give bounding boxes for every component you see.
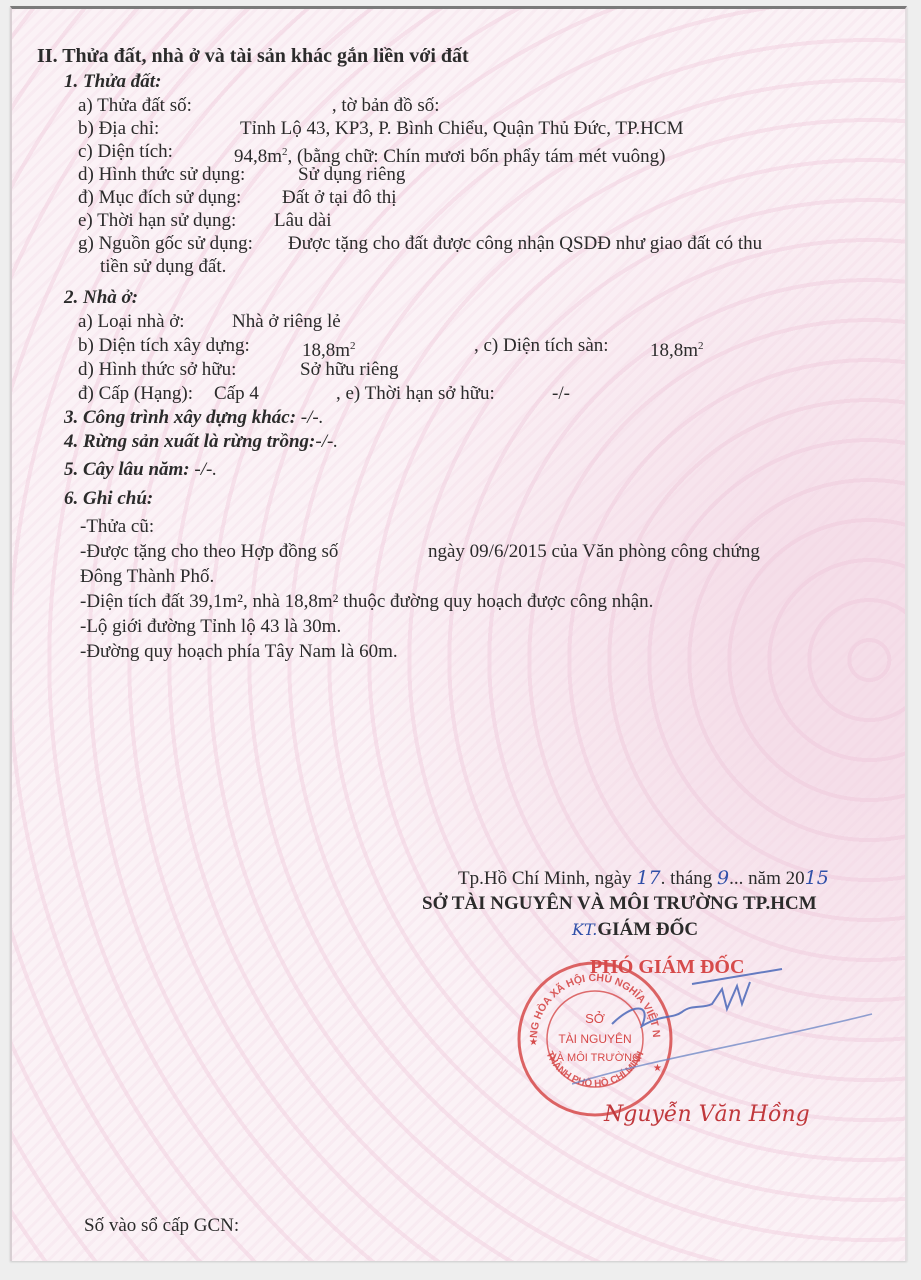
origin-value: Được tặng cho đất được công nhận QSDĐ nh… — [288, 233, 762, 255]
issue-date-line: Tp.Hồ Chí Minh, ngày 17. tháng 9... năm … — [458, 867, 829, 890]
house-type-row: a) Loại nhà ở: Nhà ở riêng lẻ — [78, 311, 185, 333]
house-type-value: Nhà ở riêng lẻ — [232, 311, 341, 333]
director-label: GIÁM ĐỐC — [597, 919, 698, 940]
use-form-label: d) Hình thức sử dụng: — [78, 164, 245, 185]
svg-text:★: ★ — [529, 1037, 538, 1048]
house-type-label: a) Loại nhà ở: — [78, 311, 185, 332]
registry-number-label: Số vào sổ cấp GCN: — [84, 1215, 239, 1236]
build-area-label: b) Diện tích xây dựng: — [78, 335, 250, 356]
kt-mark: KT. — [572, 920, 597, 939]
house-grade-row: đ) Cấp (Hạng): Cấp 4 , e) Thời hạn sở hữ… — [78, 383, 193, 405]
issue-day: 17 — [636, 867, 660, 889]
land-area-label: c) Diện tích: — [78, 141, 173, 162]
notes-heading: 6. Ghi chú: — [64, 488, 153, 510]
other-works-label: 3. Công trình xây dựng khác: — [64, 407, 296, 428]
perennial-label: 5. Cây lâu năm: — [64, 459, 190, 480]
land-address-row: b) Địa chỉ: Tỉnh Lộ 43, KP3, P. Bình Chi… — [78, 118, 159, 140]
house-heading: 2. Nhà ở: — [64, 287, 138, 309]
note-gift-contract: -Được tặng cho theo Hợp đồng số ngày 09/… — [80, 541, 338, 563]
grade-value: Cấp 4 — [214, 383, 259, 405]
ownership-term-label: , e) Thời hạn sở hữu: — [336, 383, 495, 405]
use-purpose-value: Đất ở tại đô thị — [282, 187, 397, 209]
note-road-boundary: -Lộ giới đường Tỉnh lộ 43 là 30m. — [80, 616, 341, 638]
ownership-label: d) Hình thức sở hữu: — [78, 359, 236, 380]
section-title: II. Thửa đất, nhà ở và tài sản khác gắn … — [37, 45, 469, 67]
issue-month: 9 — [717, 867, 729, 889]
land-use-term-row: e) Thời hạn sử dụng: Lâu dài — [78, 210, 236, 232]
address-value: Tỉnh Lộ 43, KP3, P. Bình Chiểu, Quận Thủ… — [240, 118, 683, 140]
build-area-value: 18,8m — [302, 340, 350, 361]
certificate-page: II. Thửa đất, nhà ở và tài sản khác gắn … — [10, 6, 907, 1261]
house-ownership-row: d) Hình thức sở hữu: Sở hữu riêng — [78, 359, 236, 381]
address-label: b) Địa chỉ: — [78, 118, 159, 139]
use-form-value: Sử dụng riêng — [298, 164, 405, 186]
land-use-purpose-row: đ) Mục đích sử dụng: Đất ở tại đô thị — [78, 187, 241, 209]
forest-label: 4. Rừng sản xuất là rừng trồng: — [64, 431, 315, 452]
note-notary-office: Đông Thành Phố. — [80, 566, 214, 588]
registry-number-row: Số vào sổ cấp GCN: — [84, 1215, 239, 1237]
floor-area-value: 18,8m — [650, 340, 698, 361]
certificate-content: II. Thửa đất, nhà ở và tài sản khác gắn … — [12, 9, 905, 1261]
note-planning-area: -Diện tích đất 39,1m², nhà 18,8m² thuộc … — [80, 591, 653, 613]
issue-year-suffix: 15 — [805, 867, 829, 889]
land-heading: 1. Thửa đất: — [64, 71, 161, 93]
perennial-value: -/-. — [190, 459, 217, 480]
other-works-row: 3. Công trình xây dựng khác: -/-. — [64, 407, 323, 429]
origin-label: g) Nguồn gốc sử dụng: — [78, 233, 253, 254]
land-use-form-row: d) Hình thức sử dụng: Sử dụng riêng — [78, 164, 245, 186]
note-old-parcel: -Thửa cũ: — [80, 516, 154, 538]
issue-place: Tp.Hồ Chí Minh, ngày — [458, 868, 632, 889]
note-gift-contract-date: ngày 09/6/2015 của Văn phòng công chứng — [428, 541, 760, 563]
signer-name: Nguyễn Văn Hồng — [604, 1102, 810, 1127]
land-parcel-number-row: a) Thửa đất số:, tờ bản đồ số: — [78, 95, 440, 117]
note-gift-contract-prefix: -Được tặng cho theo Hợp đồng số — [80, 541, 338, 562]
land-origin-row: g) Nguồn gốc sử dụng: Được tặng cho đất … — [78, 233, 253, 255]
ownership-term-value: -/- — [552, 383, 570, 405]
other-works-value: -/-. — [296, 407, 323, 428]
floor-area-label: , c) Diện tích sàn: — [474, 335, 609, 357]
use-term-label: e) Thời hạn sử dụng: — [78, 210, 236, 231]
use-term-value: Lâu dài — [274, 210, 332, 232]
director-title: KT.GIÁM ĐỐC — [572, 919, 698, 941]
issue-year-label: năm 20 — [748, 868, 804, 889]
handwritten-signature — [572, 964, 892, 1104]
ownership-value: Sở hữu riêng — [300, 359, 398, 381]
use-purpose-label: đ) Mục đích sử dụng: — [78, 187, 241, 208]
issuing-agency: SỞ TÀI NGUYÊN VÀ MÔI TRƯỜNG TP.HCM — [422, 893, 817, 915]
house-area-row: b) Diện tích xây dựng: 18,8m2 , c) Diện … — [78, 335, 250, 357]
land-area-row: c) Diện tích: 94,8m2, (bằng chữ: Chín mư… — [78, 141, 173, 163]
parcel-number-label: a) Thửa đất số: — [78, 95, 192, 116]
forest-value: -/-. — [315, 431, 338, 452]
forest-row: 4. Rừng sản xuất là rừng trồng:-/-. — [64, 431, 338, 453]
issue-month-label: tháng — [670, 868, 712, 889]
perennial-row: 5. Cây lâu năm: -/-. — [64, 459, 217, 481]
grade-label: đ) Cấp (Hạng): — [78, 383, 193, 404]
land-origin-continued: tiền sử dụng đất. — [100, 256, 226, 278]
map-sheet-label: , tờ bản đồ số: — [332, 95, 440, 116]
note-southwest-road: -Đường quy hoạch phía Tây Nam là 60m. — [80, 641, 398, 663]
